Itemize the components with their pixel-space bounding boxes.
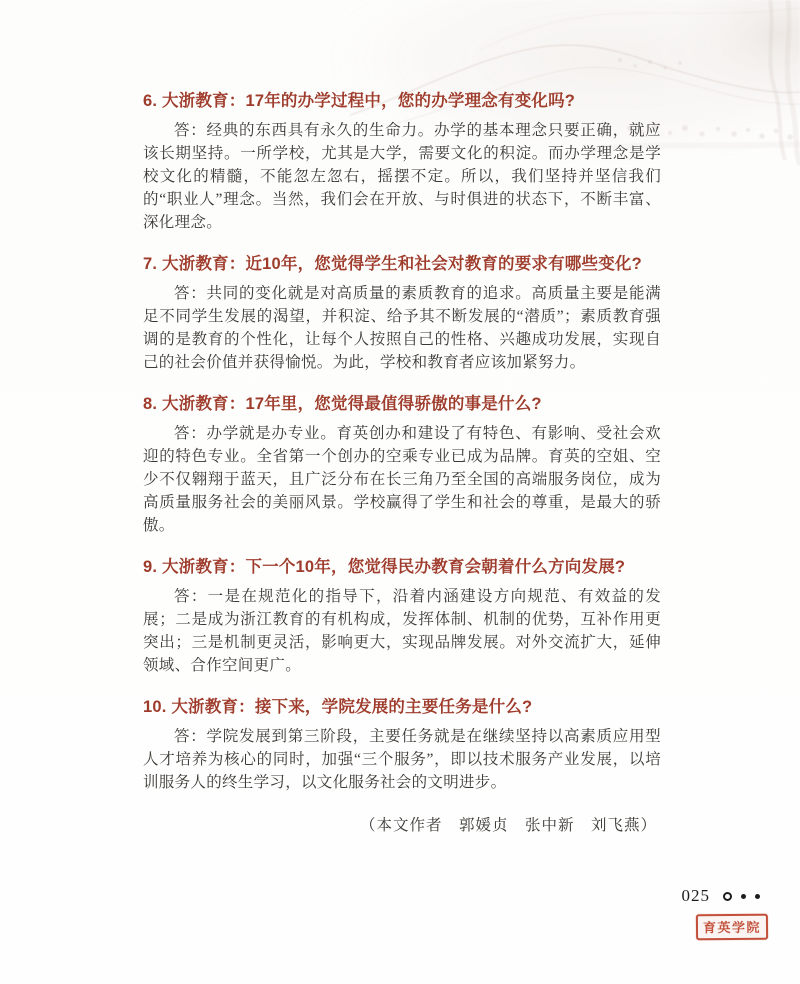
ring-dot-icon: [723, 892, 732, 901]
question-heading-8: 8. 大浙教育：17年里，您觉得最值得骄傲的事是什么?: [143, 393, 661, 415]
magazine-page: 6. 大浙教育：17年的办学过程中，您的办学理念有变化吗? 答：经典的东西具有永…: [0, 0, 800, 984]
answer-paragraph-8: 答：办学就是办专业。育英创办和建设了有特色、有影响、受社会欢迎的特色专业。全省第…: [143, 422, 661, 537]
qa-section-10: 10. 大浙教育：接下来，学院发展的主要任务是什么? 答：学院发展到第三阶段，主…: [143, 696, 661, 794]
answer-paragraph-6: 答：经典的东西具有永久的生命力。办学的基本理念只要正确，就应该长期坚持。一所学校…: [143, 119, 661, 234]
article-byline: （本文作者 郭媛贞 张中新 刘飞燕）: [143, 813, 661, 835]
qa-section-9: 9. 大浙教育：下一个10年，您觉得民办教育会朝着什么方向发展? 答：一是在规范…: [143, 556, 661, 677]
question-heading-7: 7. 大浙教育：近10年，您觉得学生和社会对教育的要求有哪些变化?: [143, 253, 661, 275]
answer-paragraph-7: 答：共同的变化就是对高质量的素质教育的追求。高质量主要是能满足不同学生发展的渴望…: [143, 282, 661, 374]
question-heading-6: 6. 大浙教育：17年的办学过程中，您的办学理念有变化吗?: [143, 90, 661, 112]
answer-paragraph-10: 答：学院发展到第三阶段，主要任务就是在继续坚持以高素质应用型人才培养为核心的同时…: [143, 725, 661, 794]
page-number: 025: [682, 886, 711, 906]
qa-section-7: 7. 大浙教育：近10年，您觉得学生和社会对教育的要求有哪些变化? 答：共同的变…: [143, 253, 661, 374]
qa-section-6: 6. 大浙教育：17年的办学过程中，您的办学理念有变化吗? 答：经典的东西具有永…: [143, 90, 661, 234]
answer-paragraph-9: 答：一是在规范化的指导下，沿着内涵建设方向规范、有效益的发展；二是成为浙江教育的…: [143, 585, 661, 677]
article-content: 6. 大浙教育：17年的办学过程中，您的办学理念有变化吗? 答：经典的东西具有永…: [143, 90, 661, 835]
school-seal-badge: 育英学院: [696, 914, 768, 941]
question-heading-9: 9. 大浙教育：下一个10年，您觉得民办教育会朝着什么方向发展?: [143, 556, 661, 578]
small-dot-icon: [755, 894, 760, 899]
page-number-row: 025: [682, 886, 761, 906]
small-dot-icon: [741, 894, 746, 899]
question-heading-10: 10. 大浙教育：接下来，学院发展的主要任务是什么?: [143, 696, 661, 718]
qa-section-8: 8. 大浙教育：17年里，您觉得最值得骄傲的事是什么? 答：办学就是办专业。育英…: [143, 393, 661, 537]
page-footer: 025 育英学院: [682, 886, 769, 940]
